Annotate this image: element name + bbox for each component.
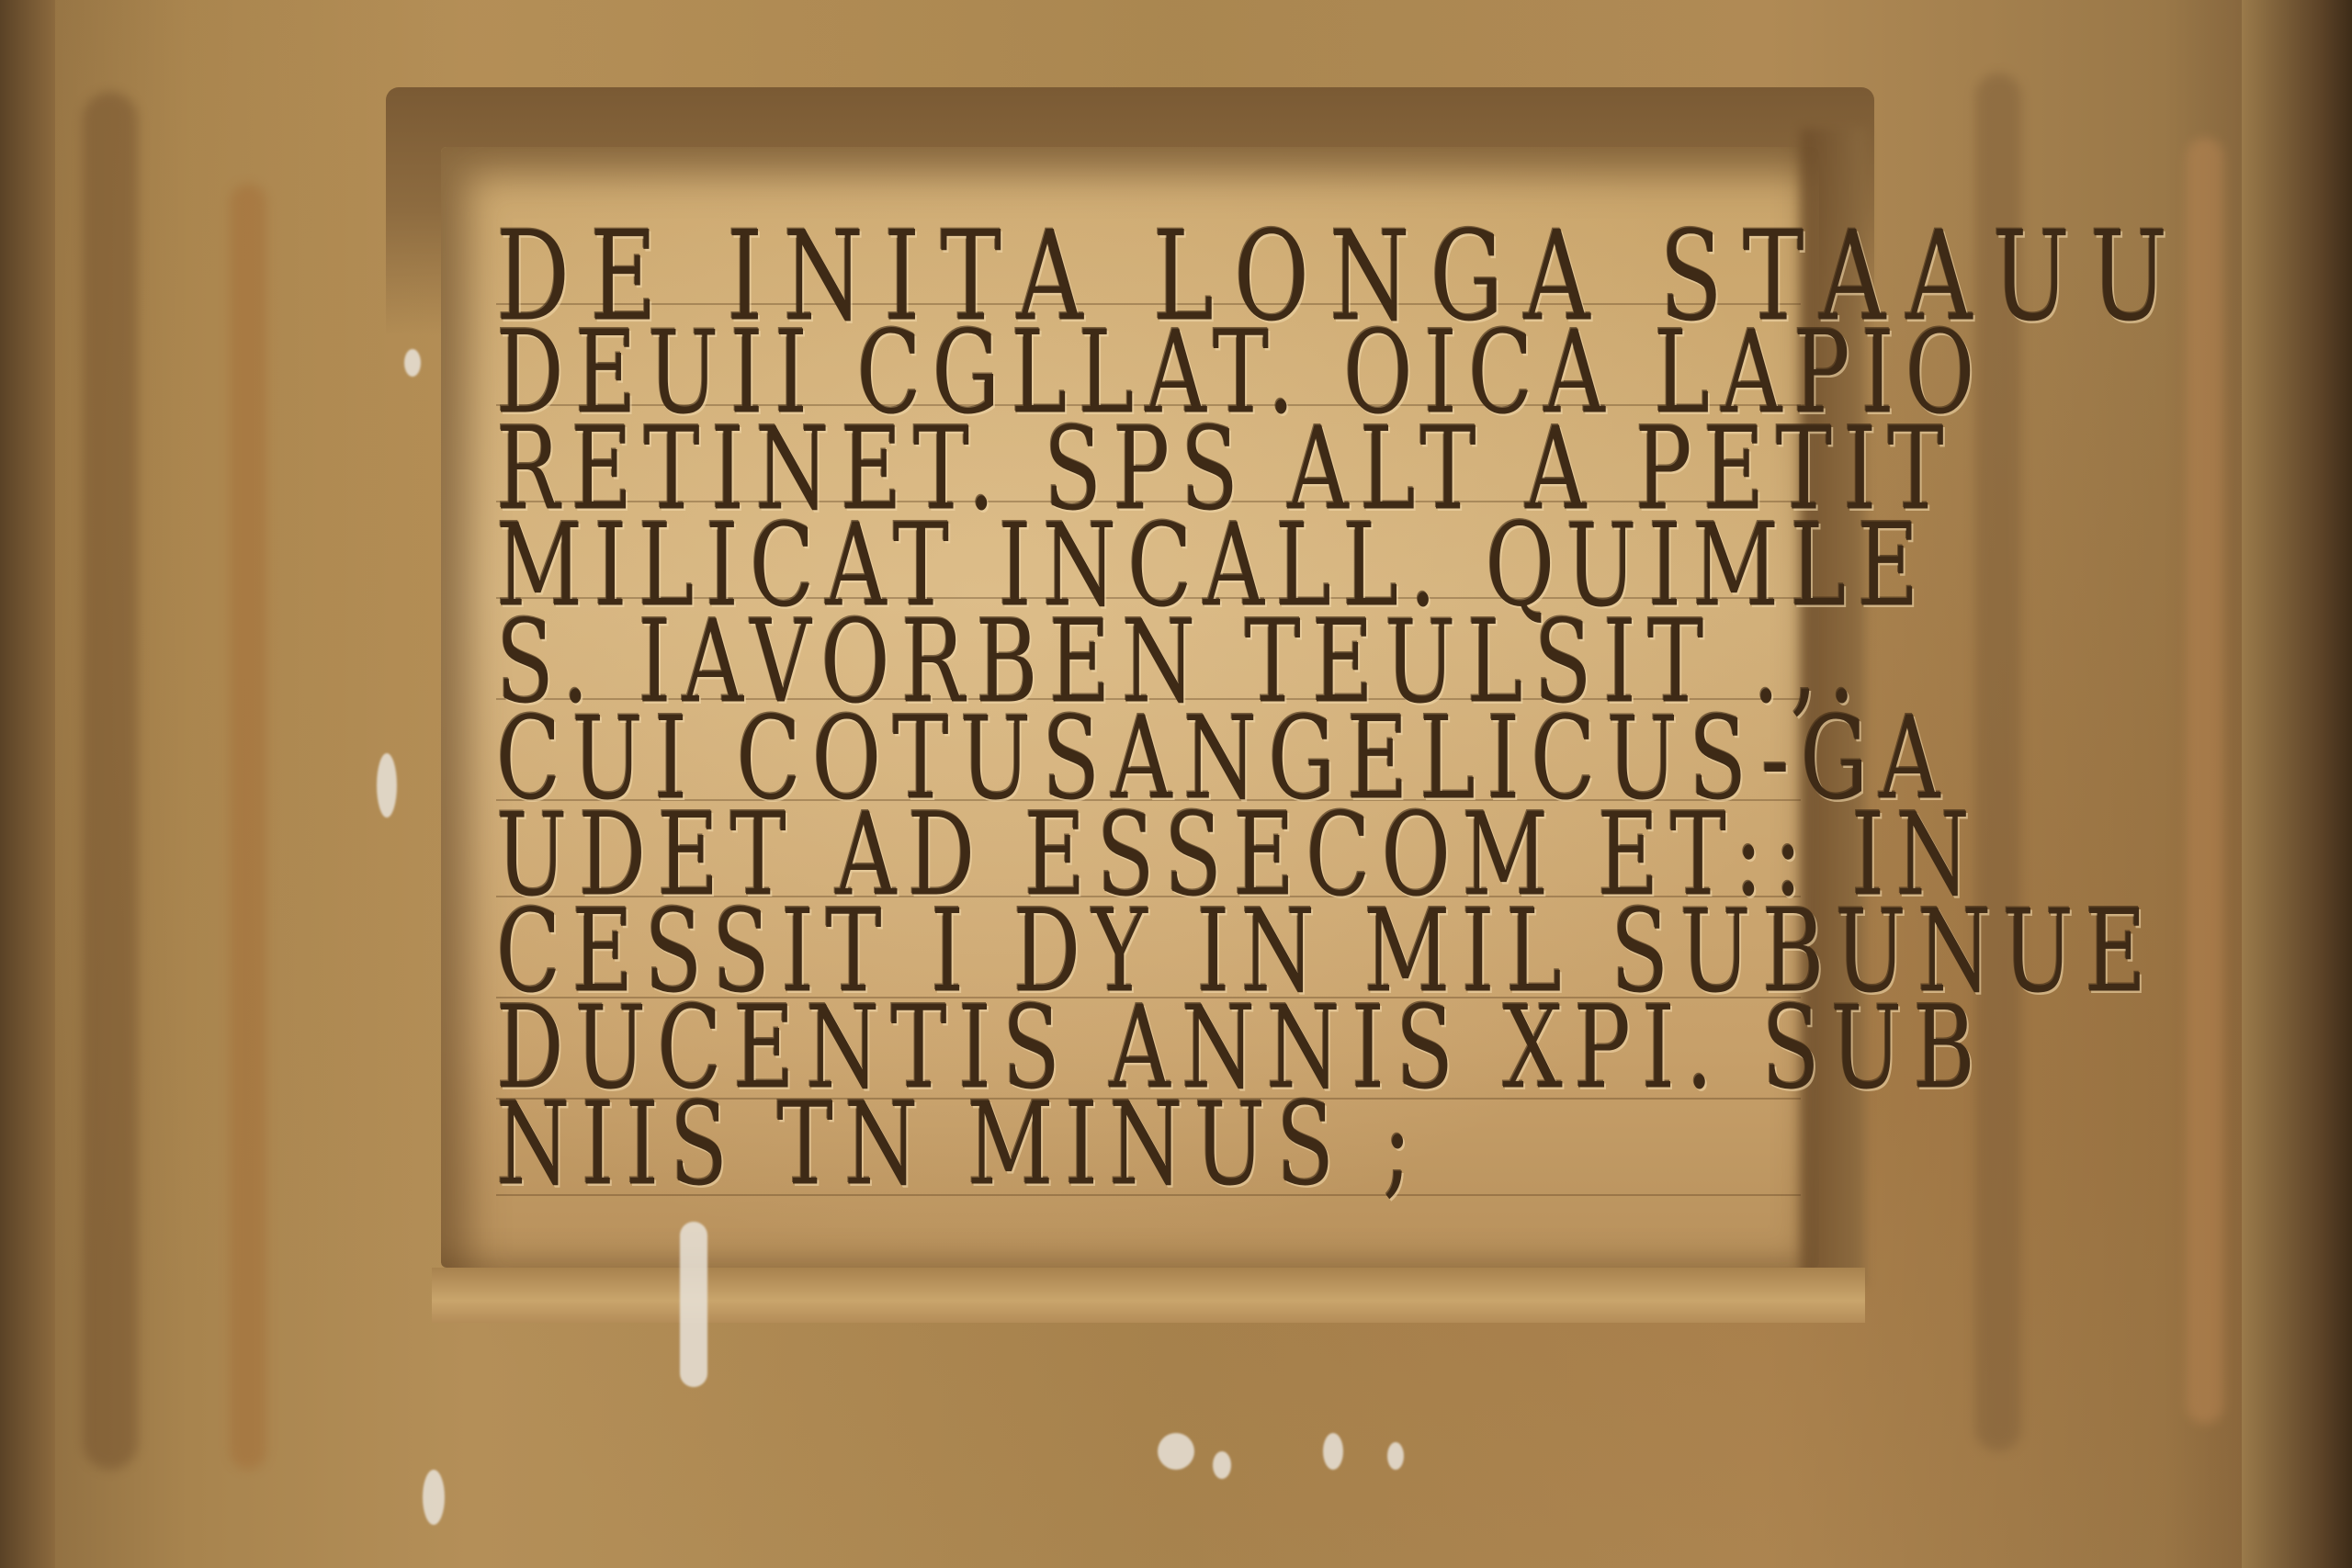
weathering-streak [2187, 138, 2223, 1424]
stone-wall-right-edge [2242, 0, 2352, 1568]
inscription-text: DE INITA LONGA STAAUU DEUII CGLLAT. OICA… [496, 211, 1819, 1176]
weathering-streak [230, 184, 266, 1470]
weathering-streak [83, 92, 138, 1470]
salt-deposit [423, 1470, 445, 1525]
panel-bottom-ledge [432, 1268, 1865, 1323]
salt-deposit [377, 753, 397, 818]
salt-deposit [680, 1222, 707, 1387]
salt-deposit [1158, 1433, 1194, 1470]
salt-deposit [1213, 1451, 1231, 1479]
inscription-line-10: NIIS TN MINUS ; [496, 1079, 1819, 1210]
salt-deposit [1387, 1442, 1404, 1470]
salt-deposit [1323, 1433, 1343, 1470]
stone-wall-left-edge [0, 0, 55, 1568]
salt-deposit [404, 349, 421, 377]
